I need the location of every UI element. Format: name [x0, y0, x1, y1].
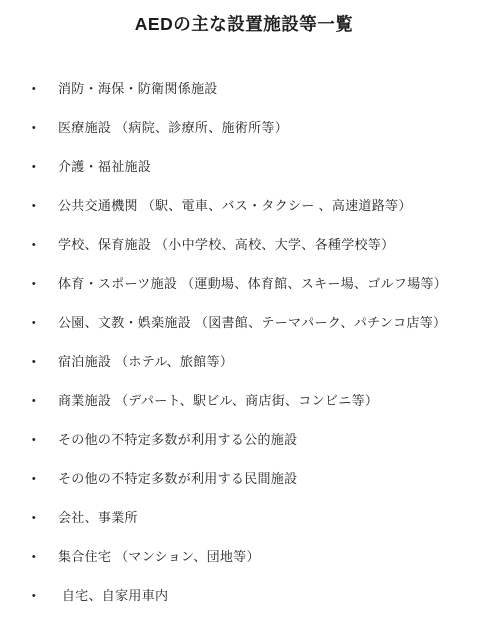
document-page: AEDの主な設置施設等一覧 • 消防・海保・防衛関係施設 • 医療施設 （病院、…	[0, 0, 488, 634]
facility-list: • 消防・海保・防衛関係施設 • 医療施設 （病院、診療所、施術所等） • 介護…	[0, 82, 488, 603]
page-title: AEDの主な設置施設等一覧	[0, 0, 488, 35]
list-item: • 消防・海保・防衛関係施設	[28, 82, 478, 96]
list-item-text: 学校、保育施設 （小中学校、高校、大学、各種学校等）	[58, 238, 394, 252]
list-item-text: 会社、事業所	[58, 511, 138, 525]
list-item-text: 公共交通機関 （駅、電車、バス・タクシー 、高速道路等）	[58, 199, 412, 213]
bullet-icon: •	[28, 394, 40, 408]
bullet-icon: •	[28, 277, 40, 291]
list-item: • 公園、文教・娯楽施設 （図書館、テーマパーク、パチンコ店等）	[28, 316, 478, 330]
list-item: • 介護・福祉施設	[28, 160, 478, 174]
list-item-text: その他の不特定多数が利用する民間施設	[58, 472, 297, 486]
list-item-text: 体育・スポーツ施設 （運動場、体育館、スキー場、ゴルフ場等）	[58, 277, 447, 291]
list-item: • 学校、保育施設 （小中学校、高校、大学、各種学校等）	[28, 238, 478, 252]
bullet-icon: •	[28, 472, 40, 486]
list-item: • その他の不特定多数が利用する民間施設	[28, 472, 478, 486]
list-item-text: 集合住宅 （マンション、団地等）	[58, 550, 260, 564]
list-item: • 体育・スポーツ施設 （運動場、体育館、スキー場、ゴルフ場等）	[28, 277, 478, 291]
list-item-text: 商業施設 （デパート、駅ビル、商店街、コンビニ等）	[58, 394, 378, 408]
bullet-icon: •	[28, 199, 40, 213]
list-item-text: 医療施設 （病院、診療所、施術所等）	[58, 121, 288, 135]
bullet-icon: •	[28, 121, 40, 135]
list-item: • 商業施設 （デパート、駅ビル、商店街、コンビニ等）	[28, 394, 478, 408]
bullet-icon: •	[28, 433, 40, 447]
bullet-icon: •	[28, 82, 40, 96]
bullet-icon: •	[28, 316, 40, 330]
list-item: • 医療施設 （病院、診療所、施術所等）	[28, 121, 478, 135]
list-item-text: 消防・海保・防衛関係施設	[58, 82, 218, 96]
list-item: • 集合住宅 （マンション、団地等）	[28, 550, 478, 564]
list-item: • 宿泊施設 （ホテル、旅館等）	[28, 355, 478, 369]
list-item: • 自宅、自家用車内	[28, 589, 478, 603]
list-item-text: 宿泊施設 （ホテル、旅館等）	[58, 355, 233, 369]
bullet-icon: •	[28, 160, 40, 174]
list-item-text: 公園、文教・娯楽施設 （図書館、テーマパーク、パチンコ店等）	[58, 316, 446, 330]
list-item-text: 自宅、自家用車内	[58, 589, 168, 603]
bullet-icon: •	[28, 238, 40, 252]
list-item: • 会社、事業所	[28, 511, 478, 525]
bullet-icon: •	[28, 550, 40, 564]
bullet-icon: •	[28, 589, 40, 603]
bullet-icon: •	[28, 511, 40, 525]
bullet-icon: •	[28, 355, 40, 369]
list-item: • 公共交通機関 （駅、電車、バス・タクシー 、高速道路等）	[28, 199, 478, 213]
list-item-text: 介護・福祉施設	[58, 160, 151, 174]
list-item-text: その他の不特定多数が利用する公的施設	[58, 433, 297, 447]
list-item: • その他の不特定多数が利用する公的施設	[28, 433, 478, 447]
